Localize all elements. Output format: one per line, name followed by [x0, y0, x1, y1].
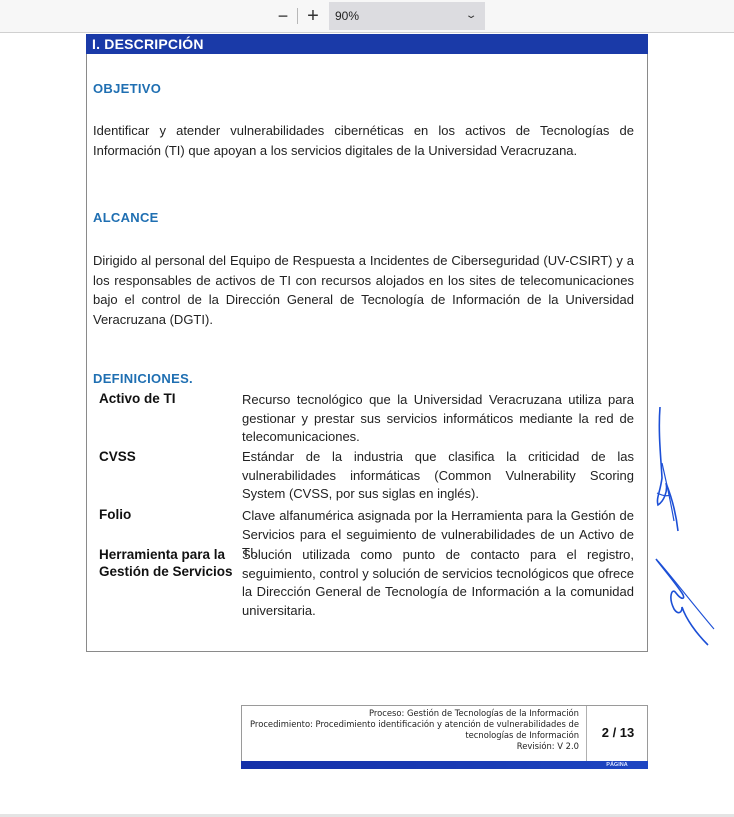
- zoom-level-value: 90%: [335, 9, 359, 23]
- footer-procedimiento: Procedimiento: Procedimiento identificac…: [239, 719, 579, 730]
- document-page: I. DESCRIPCIÓN OBJETIVO Identificar y at…: [0, 33, 734, 817]
- definition-term: CVSS: [99, 448, 234, 465]
- definiciones-heading: DEFINICIONES.: [93, 371, 193, 386]
- chevron-down-icon: ⌄: [465, 2, 478, 30]
- definition-text: Estándar de la industria que clasifica l…: [242, 448, 634, 504]
- page-number: 2 / 13: [587, 706, 649, 762]
- zoom-level-select[interactable]: 90% ⌄: [329, 2, 485, 30]
- objetivo-text: Identificar y atender vulnerabilidades c…: [93, 121, 634, 160]
- definition-term: Activo de TI: [99, 390, 234, 407]
- footer-procedimiento-cont: tecnologías de Información: [239, 730, 579, 741]
- signature-mark-1: [652, 403, 692, 543]
- section-title: I. DESCRIPCIÓN: [86, 34, 648, 54]
- document-footer: Proceso: Gestión de Tecnologías de la In…: [241, 705, 648, 761]
- definition-term: Herramienta para la Gestión de Servicios: [99, 546, 234, 580]
- zoom-out-button[interactable]: −: [272, 5, 294, 27]
- alcance-text: Dirigido al personal del Equipo de Respu…: [93, 251, 634, 329]
- objetivo-heading: OBJETIVO: [93, 81, 161, 96]
- signature-mark-2: [652, 553, 722, 653]
- toolbar-divider: [297, 8, 298, 24]
- footer-proceso: Proceso: Gestión de Tecnologías de la In…: [239, 708, 579, 719]
- definition-term: Folio: [99, 506, 234, 523]
- definition-text: Recurso tecnológico que la Universidad V…: [242, 391, 634, 447]
- zoom-in-button[interactable]: +: [302, 5, 324, 27]
- definition-text: Solución utilizada como punto de contact…: [242, 546, 634, 620]
- footer-info: Proceso: Gestión de Tecnologías de la In…: [239, 708, 579, 752]
- page-label: PÁGINA: [586, 761, 648, 769]
- alcance-heading: ALCANCE: [93, 210, 159, 225]
- viewer-toolbar: − + 90% ⌄: [0, 0, 734, 33]
- footer-revision: Revisión: V 2.0: [239, 741, 579, 752]
